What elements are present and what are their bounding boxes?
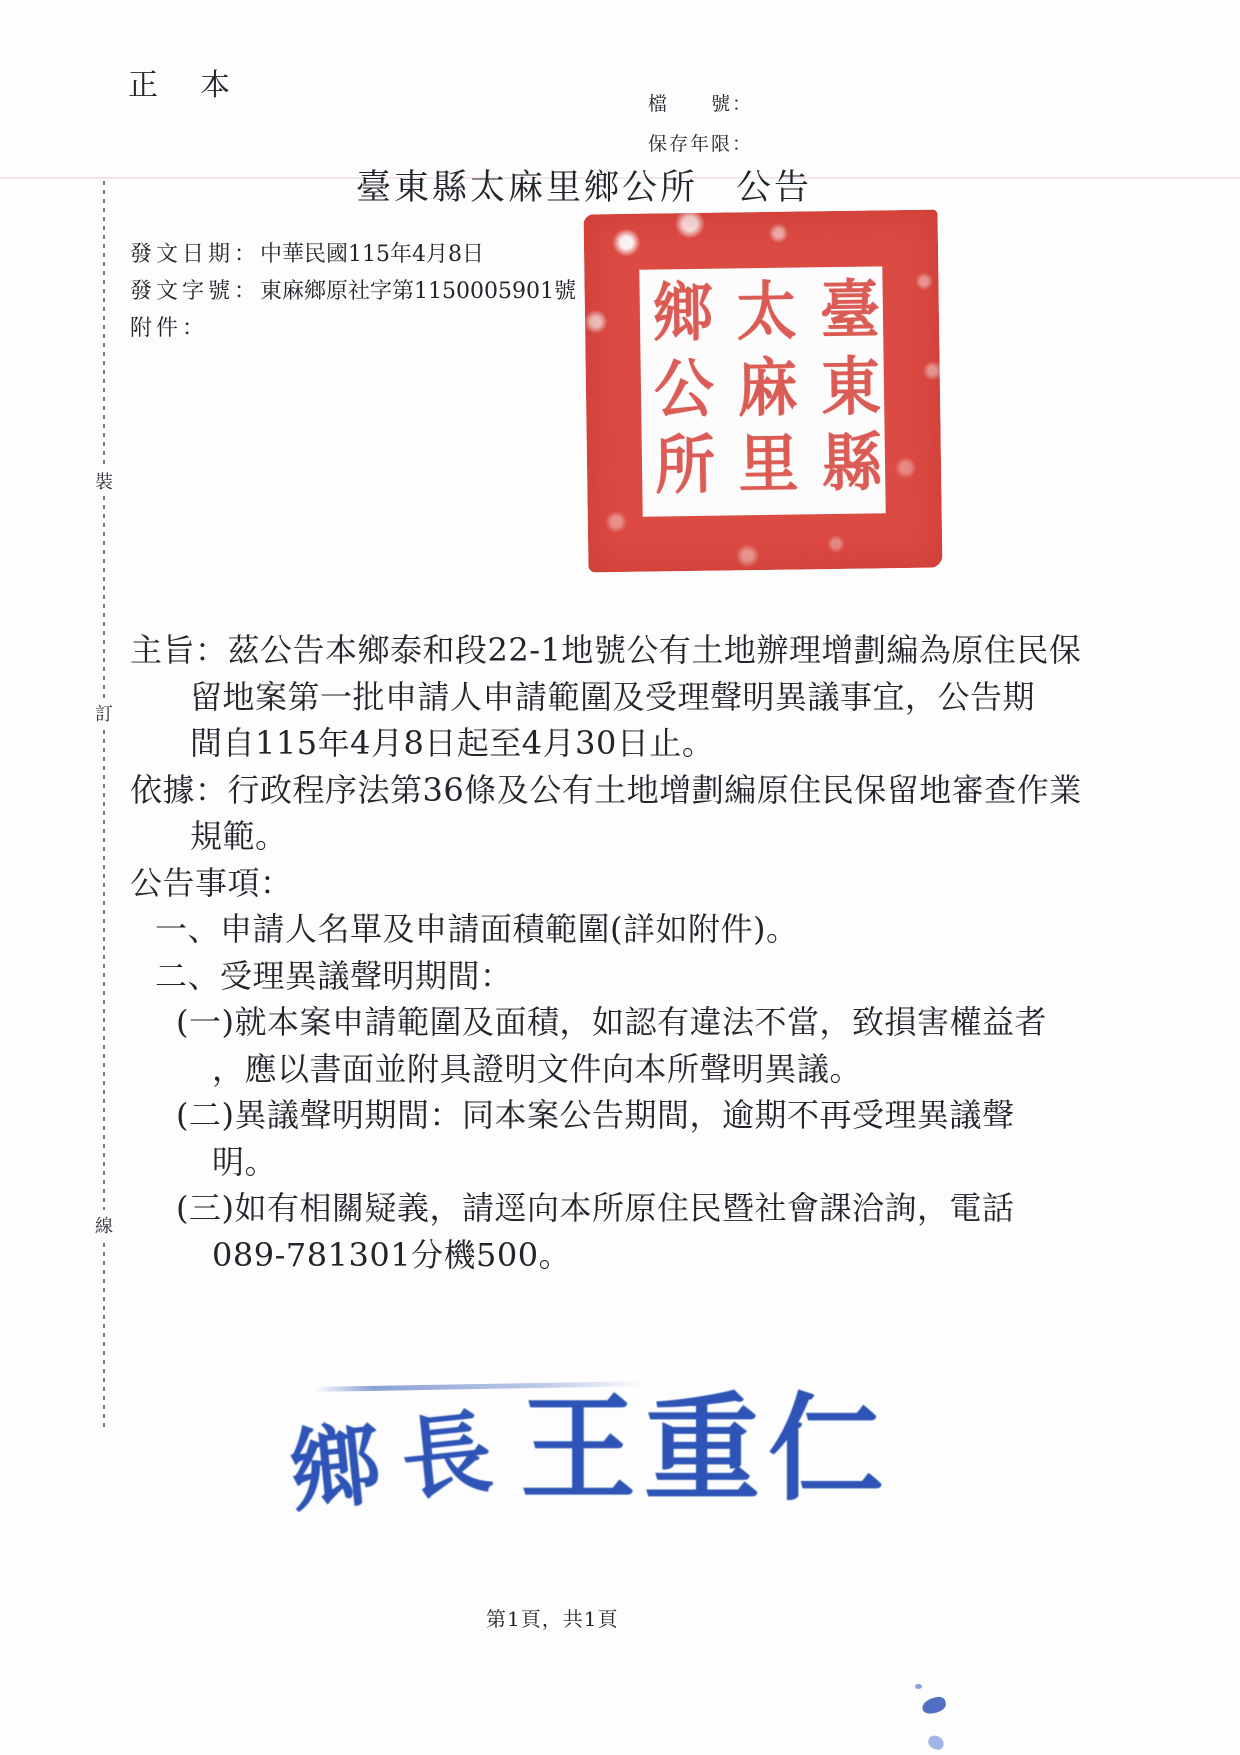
copy-type-label: 正 本 xyxy=(128,60,236,104)
document-page: 正 本 檔 號： 保存年限： 臺東縣太麻里鄉公所 公告 發文日期：中華民國115… xyxy=(0,0,1240,1755)
doc-number-label: 發文字號： xyxy=(130,279,260,304)
issue-date-label: 發文日期： xyxy=(130,242,260,267)
body-line: 089-781301分機500。 xyxy=(212,1232,1082,1279)
attachment-label: 附件： xyxy=(130,316,208,341)
seal-column-right: 臺東縣 xyxy=(814,275,877,505)
official-seal-stamp: 臺東縣 太麻里 鄉公所 xyxy=(584,210,943,573)
binding-dotted-line xyxy=(103,181,105,1431)
body-line-subject: 主旨：茲公告本鄉泰和段22-1地號公有土地辦理增劃編為原住民保 xyxy=(130,627,1082,674)
issue-date-row: 發文日期：中華民國115年4月8日 xyxy=(130,236,576,273)
ink-smudge xyxy=(915,1684,922,1689)
body-line-item-1: 一、申請人名單及申請面積範圍(詳如附件)。 xyxy=(155,906,1082,953)
body-line-items-heading: 公告事項： xyxy=(130,860,1082,907)
announcement-body: 主旨：茲公告本鄉泰和段22-1地號公有土地辦理增劃編為原住民保 留地案第一批申請… xyxy=(130,627,1082,1278)
ink-smudge xyxy=(926,1734,945,1752)
body-line-subitem-1: (一)就本案申請範圍及面積，如認有違法不當，致損害權益者 xyxy=(176,999,1082,1046)
seal-column-middle: 太麻里 xyxy=(731,277,794,507)
binding-mark-xian: 線 xyxy=(95,1210,113,1240)
body-line-subitem-2: (二)異議聲明期間：同本案公告期間，逾期不再受理異議聲 xyxy=(176,1092,1082,1139)
body-line-subitem-3: (三)如有相關疑義，請逕向本所原住民暨社會課洽詢，電話 xyxy=(176,1185,1082,1232)
attachment-row: 附件： xyxy=(130,310,576,347)
doc-meta: 發文日期：中華民國115年4月8日 發文字號：東麻鄉原社字第1150005901… xyxy=(130,236,576,347)
page-footer: 第1頁，共1頁 xyxy=(486,1603,618,1632)
doc-number-row: 發文字號：東麻鄉原社字第1150005901號 xyxy=(130,273,576,310)
signature-name: 王重仁 xyxy=(520,1356,892,1523)
seal-column-left: 鄉公所 xyxy=(647,278,710,508)
body-line-item-2: 二、受理異議聲明期間： xyxy=(155,953,1082,1000)
document-title: 臺東縣太麻里鄉公所 公告 xyxy=(356,160,812,210)
body-line: ，應以書面並附具證明文件向本所聲明異議。 xyxy=(212,1046,1082,1093)
seal-inner: 臺東縣 太麻里 鄉公所 xyxy=(639,266,885,516)
ink-smudge xyxy=(920,1695,947,1716)
mayor-signature-stamp: 鄉長 王重仁 xyxy=(288,1368,892,1518)
file-number-label: 檔 號： xyxy=(648,84,753,124)
doc-number-value: 東麻鄉原社字第1150005901號 xyxy=(260,279,576,304)
body-line: 留地案第一批申請人申請範圍及受理聲明異議事宜，公告期 xyxy=(190,674,1082,721)
issue-date-value: 中華民國115年4月8日 xyxy=(260,242,484,267)
body-line-basis: 依據：行政程序法第36條及公有土地增劃編原住民保留地審查作業 xyxy=(130,767,1082,814)
signature-title: 鄉長 xyxy=(283,1377,519,1530)
body-line: 規範。 xyxy=(190,813,1082,860)
body-line: 明。 xyxy=(212,1139,1082,1186)
file-header: 檔 號： 保存年限： xyxy=(648,84,753,164)
body-line: 間自115年4月8日起至4月30日止。 xyxy=(190,720,1082,767)
binding-mark-zhuang: 裝 xyxy=(95,466,113,496)
retention-label: 保存年限： xyxy=(648,124,753,164)
binding-mark-ding: 訂 xyxy=(95,698,113,728)
